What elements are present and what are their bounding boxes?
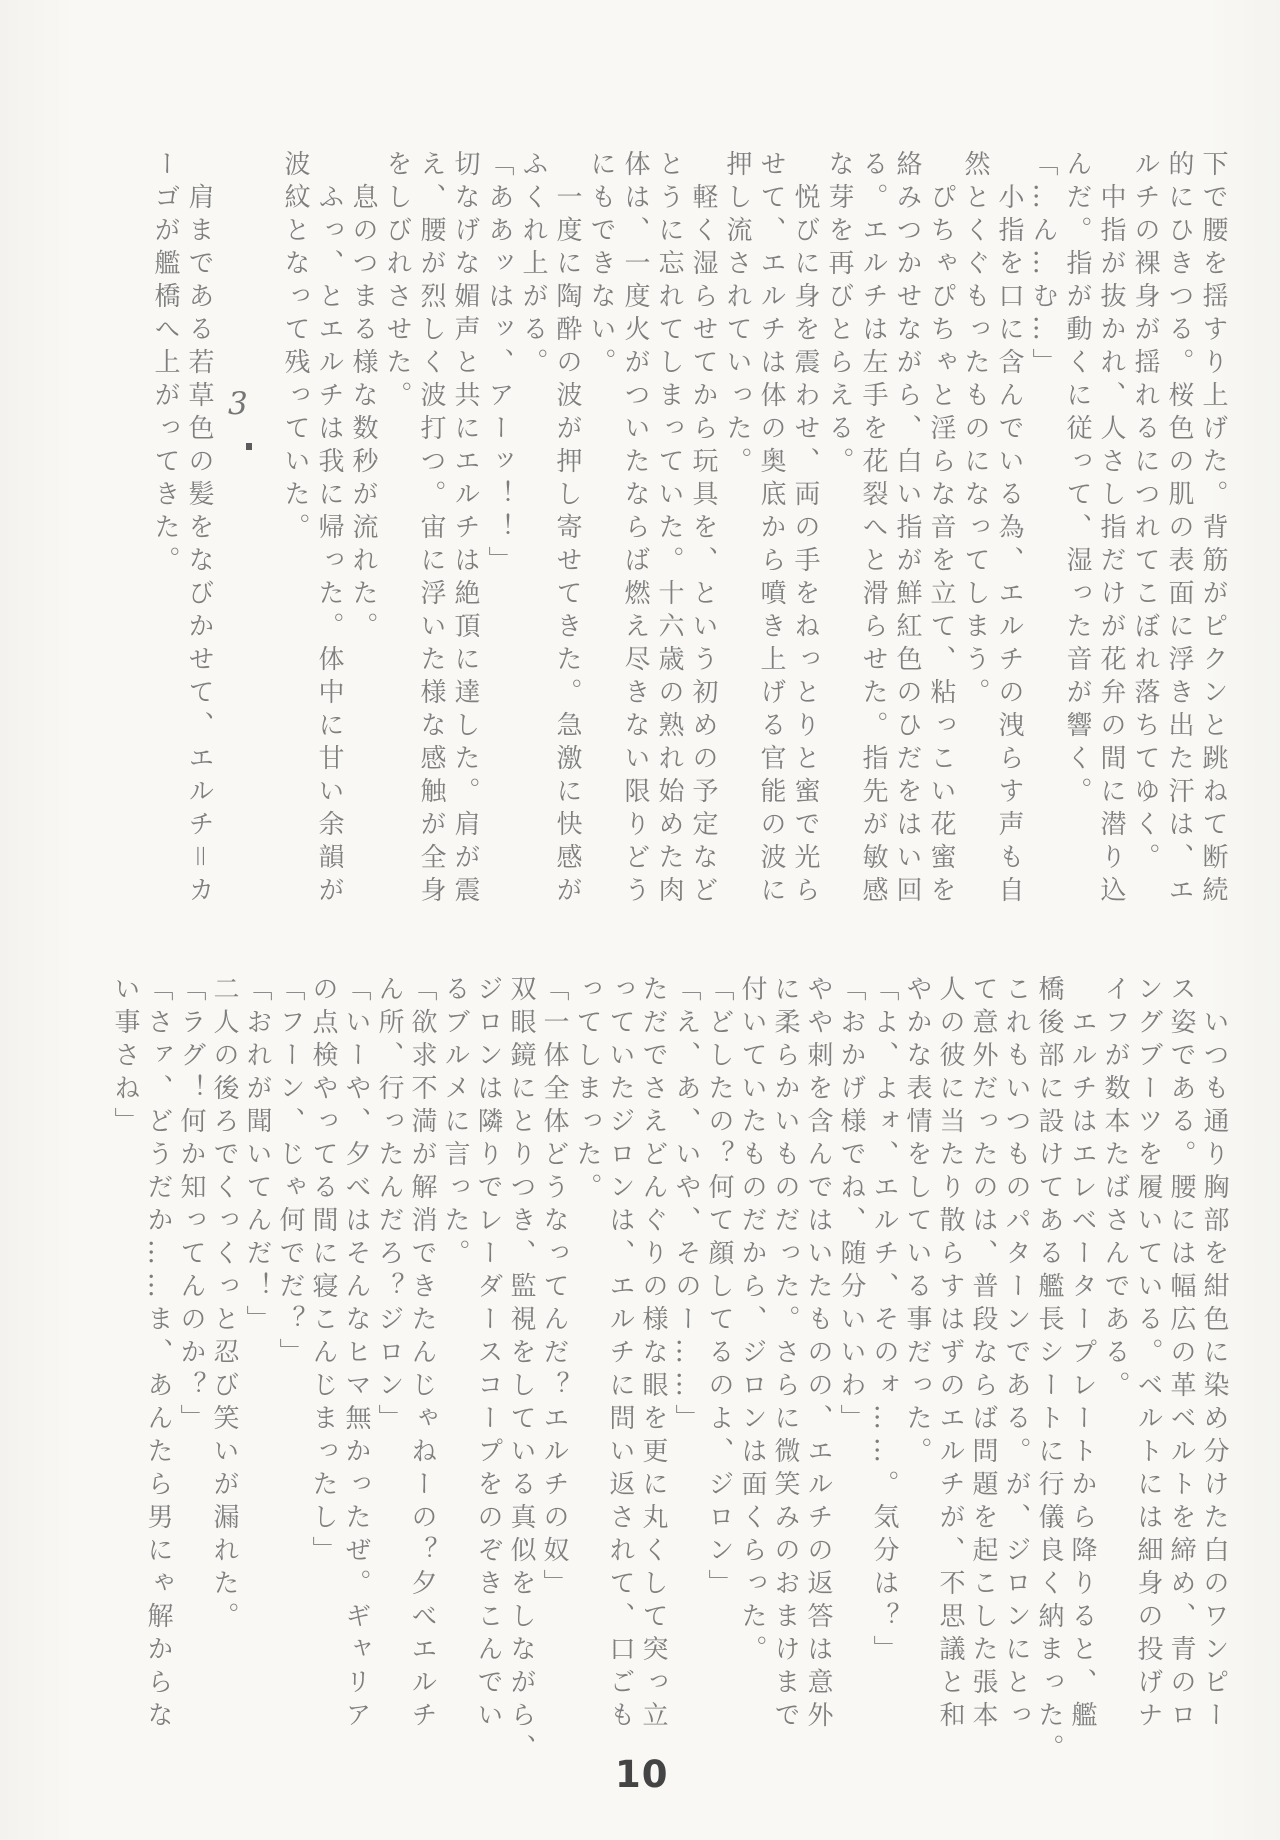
scanned-novel-page: 下で腰を揺すり上げた。背筋がピクンと跳ねて断続的にひきつる。桜色の肌の表面に浮き…	[0, 0, 1280, 1840]
text-column: ふくれ上がる。	[516, 150, 550, 920]
text-column: エルチはエレベータープレートから降りると、艦	[1065, 975, 1098, 1745]
text-column: 付いていたものだから、ジロンは面くらった。	[735, 975, 768, 1745]
text-column: 「…ん…む…」	[1026, 150, 1060, 920]
text-column: 波紋となって残っていた。	[278, 150, 312, 920]
text-column: 「ああッはッ、アーッ！！」	[482, 150, 516, 920]
text-column: 「どしたの？何て顔してるのよ、ジロン」	[702, 975, 735, 1745]
text-column: イフが数本たばさんである。	[1098, 975, 1131, 1745]
text-column: やかな表情をしている事だった。	[900, 975, 933, 1745]
text-column: いつも通り胸部を紺色に染め分けた白のワンピー	[1197, 975, 1230, 1745]
text-column: ぴちゃぴちゃと淫らな音を立て、粘っこい花蜜を	[924, 150, 958, 920]
text-column: 中指が抜かれ、人さし指だけが花弁の間に潜り込	[1094, 150, 1128, 920]
text-column: 「さァ、どうだか……ま、あんたら男にゃ解からな	[141, 975, 174, 1745]
text-column: 体は、一度火がついたならば燃え尽きない限りどう	[618, 150, 652, 920]
text-column: 「フーン、じゃ何でだ？」	[273, 975, 306, 1745]
text-column: 的にひきつる。桜色の肌の表面に浮き出た汗は、エ	[1162, 150, 1196, 920]
text-column: 橋後部に設けてある艦長シートに行儀良く納まった。	[1032, 975, 1065, 1745]
text-column: 悦びに身を震わせ、両の手をねっとりと蜜で光ら	[788, 150, 822, 920]
text-column: 軽く湿らせてから玩具を、という初めの予定など	[686, 150, 720, 920]
text-column: 「ラグ！何か知ってんのか？」	[174, 975, 207, 1745]
text-column: をしびれさせた。	[380, 150, 414, 920]
text-column: ーゴが艦橋へ上がってきた。	[148, 150, 182, 920]
text-column: 人の彼に当たり散らすはずのエルチが、不思議と和	[933, 975, 966, 1745]
text-column: 双眼鏡にとりつき、監視をしている真似をしながら、	[504, 975, 537, 1745]
text-column: て意外だったのは、普段ならば問題を起こした張本	[966, 975, 999, 1745]
text-column: 小指を口に含んでいる為、エルチの洩らす声も自	[992, 150, 1026, 920]
text-column: 下で腰を揺すり上げた。背筋がピクンと跳ねて断続	[1196, 150, 1230, 920]
text-column: ただでさえどんぐりの様な眼を更に丸くして突っ立	[636, 975, 669, 1745]
bottom-text-block: いつも通り胸部を紺色に染め分けた白のワンピース姿である。腰には幅広の革ベルトを締…	[90, 975, 1230, 1745]
text-column: ふっ、とエルチは我に帰った。体中に甘い余韻が	[312, 150, 346, 920]
text-column: 肩まである若草色の髪をなびかせて、エルチ＝カ	[182, 150, 216, 920]
text-column: 一度に陶酔の波が押し寄せてきた。急激に快感が	[550, 150, 584, 920]
section-number: 3	[228, 386, 248, 422]
text-column: んだ。指が動くに従って、湿った音が響く。	[1060, 150, 1094, 920]
text-column: 「え、あ、いや、そのー……」	[669, 975, 702, 1745]
text-column: やや刺を含んではいたものの、エルチの返答は意外	[801, 975, 834, 1745]
text-column: 「欲求不満が解消できたんじゃねーの？夕べエルチ	[405, 975, 438, 1745]
text-column: 「いーや、夕べはそんなヒマ無かったぜ。ギャリア	[339, 975, 372, 1745]
text-column: っていたジロンは、エルチに問い返されて、口ごも	[603, 975, 636, 1745]
text-column: ス姿である。腰には幅広の革ベルトを締め、青のロ	[1164, 975, 1197, 1745]
text-column: な芽を再びとらえる。	[822, 150, 856, 920]
section-number-dot	[246, 443, 252, 450]
text-column: え、腰が烈しく波打つ。宙に浮いた様な感触が全身	[414, 150, 448, 920]
text-column: 切なげな媚声と共にエルチは絶頂に達した。肩が震	[448, 150, 482, 920]
text-column: 「おかげ様でね、随分いいわ」	[834, 975, 867, 1745]
text-column: 二人の後ろでくっくっと忍び笑いが漏れた。	[207, 975, 240, 1745]
text-column: い事さね」	[108, 975, 141, 1745]
text-column: 然とくぐもったものになってしまう。	[958, 150, 992, 920]
text-column: ん所、行ったんだろ？ジロン」	[372, 975, 405, 1745]
text-column: とうに忘れてしまっていた。十六歳の熟れ始めた肉	[652, 150, 686, 920]
top-text-block: 下で腰を揺すり上げた。背筋がピクンと跳ねて断続的にひきつる。桜色の肌の表面に浮き…	[90, 150, 1230, 920]
text-column: の点検やってる間に寝こんじまったし」	[306, 975, 339, 1745]
text-column: ジロンは隣りでレーダースコープをのぞきこんでい	[471, 975, 504, 1745]
text-column: これもいつものパターンである。が、ジロンにとっ	[999, 975, 1032, 1745]
text-column: 「よ、よォ、エルチ、そのォ……。気分は？」	[867, 975, 900, 1745]
text-column: 息のつまる様な数秒が流れた。	[346, 150, 380, 920]
text-column: 「一体全体どうなってんだ？エルチの奴」	[537, 975, 570, 1745]
text-column: に柔らかいものだった。さらに微笑みのおまけまで	[768, 975, 801, 1745]
text-column: る。エルチは左手を花裂へと滑らせた。指先が敏感	[856, 150, 890, 920]
text-column: 「おれが聞いてんだ！」	[240, 975, 273, 1745]
text-column: せて、エルチは体の奥底から噴き上げる官能の波に	[754, 150, 788, 920]
text-column: ングブーツを履いている。ベルトには細身の投げナ	[1131, 975, 1164, 1745]
text-column: るブルメに言った。	[438, 975, 471, 1745]
page-number: 10	[615, 1756, 669, 1793]
text-column: 押し流されていった。	[720, 150, 754, 920]
text-column: ってしまった。	[570, 975, 603, 1745]
text-column: ルチの裸身が揺れるにつれてこぼれ落ちてゆく。	[1128, 150, 1162, 920]
text-column: 絡みつかせながら、白い指が鮮紅色のひだをはい回	[890, 150, 924, 920]
section-divider: 3	[216, 150, 278, 920]
text-column: にもできない。	[584, 150, 618, 920]
